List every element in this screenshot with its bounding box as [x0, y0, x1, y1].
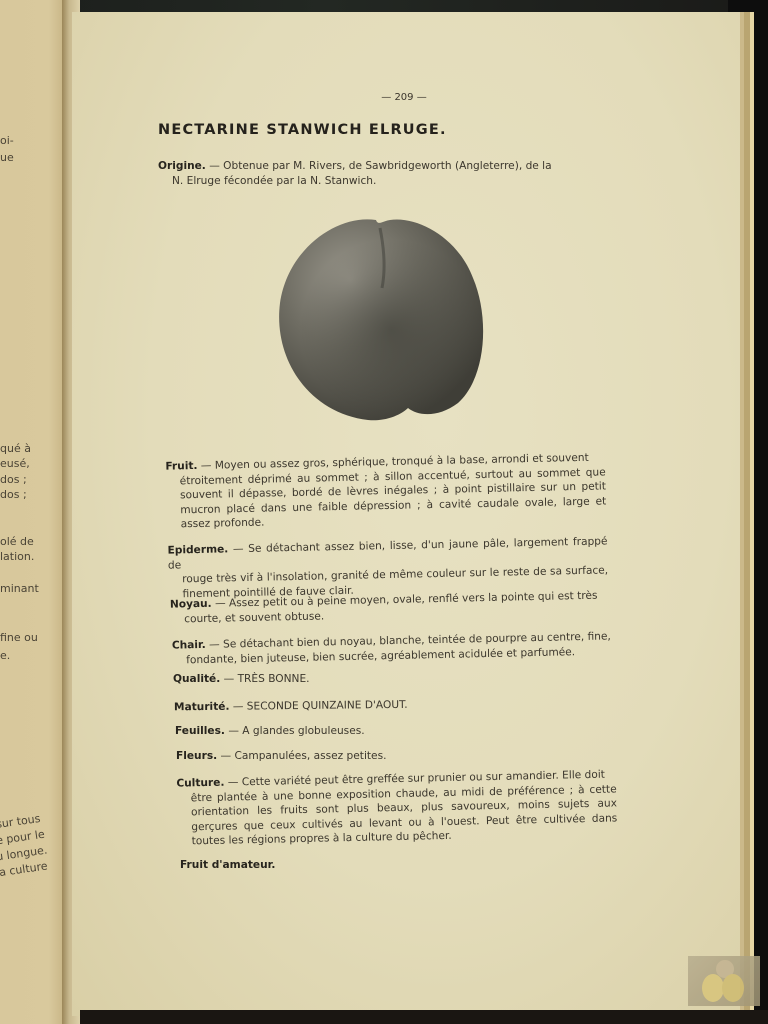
left-page-text-fragment: oi- [0, 133, 14, 148]
section-text-continued: être plantée à une bonne exposition chau… [177, 782, 618, 849]
section-text: — SECONDE QUINZAINE D'AOUT. [233, 699, 408, 713]
nectarine-photo [268, 208, 488, 426]
section-chair: Chair. — Se détachant bien du noyau, bla… [172, 629, 613, 667]
section-label: Feuilles. [175, 725, 225, 737]
section-fleurs: Fleurs. — Campanulées, assez petites. [176, 749, 616, 764]
section-label: Maturité. [174, 701, 230, 714]
thumbnail-fruit [722, 974, 744, 1002]
left-page-text-fragment: dos ; [0, 487, 27, 502]
corner-thumbnail-photo [688, 956, 760, 1006]
section-label: Qualité. [173, 673, 220, 685]
page-title: NECTARINE STANWICH ELRUGE. [158, 122, 447, 138]
section-label: Fruit. [165, 460, 197, 473]
section-label: Fleurs. [176, 750, 217, 762]
left-page-text-fragment: e. [0, 648, 10, 663]
left-page-text-fragment: ue [0, 150, 14, 165]
left-page: oi- ue qué à eusé, dos ; dos ; olé de la… [0, 0, 70, 1024]
left-page-text-fragment: minant [0, 581, 39, 596]
page-bottom-edge [80, 1010, 768, 1024]
page-number: — 209 — [364, 92, 444, 103]
section-label: Culture. [176, 777, 224, 790]
section-text-continued: étroitement déprimé au sommet ; à sillon… [166, 465, 607, 532]
left-page-text-fragment: eusé, [0, 456, 30, 471]
section-label: Origine. [158, 160, 206, 172]
section-qualite: Qualité. — TRÈS BONNE. [173, 672, 613, 687]
left-page-text-fragment: olé de [0, 534, 34, 549]
left-page-text-fragment: dos ; [0, 472, 27, 487]
section-text-continued: N. Elruge fécondée par la N. Stanwich. [158, 174, 588, 189]
section-culture: Culture. — Cette variété peut être greff… [176, 767, 617, 849]
left-page-text-fragment: fine ou [0, 630, 38, 645]
right-page: — 209 — NECTARINE STANWICH ELRUGE. Origi… [72, 12, 744, 1016]
section-label: Fruit d'amateur. [180, 859, 275, 871]
section-origine: Origine. — Obtenue par M. Rivers, de Saw… [158, 159, 588, 188]
section-feuilles: Feuilles. — A glandes globuleuses. [175, 724, 615, 739]
section-maturite: Maturité. — SECONDE QUINZAINE D'AOUT. [174, 696, 614, 715]
section-text: — Obtenue par M. Rivers, de Sawbridgewor… [209, 160, 551, 172]
section-fruit: Fruit. — Moyen ou assez gros, sphérique,… [165, 450, 606, 532]
left-page-text-fragment: lation. [0, 549, 34, 564]
section-text: — A glandes globuleuses. [228, 725, 364, 737]
thumbnail-fruit [702, 974, 724, 1002]
section-footer: Fruit d'amateur. [180, 858, 620, 873]
section-label: Noyau. [170, 598, 212, 611]
left-page-text-fragment: qué à [0, 441, 31, 456]
section-label: Epiderme. [167, 543, 228, 556]
section-text: — TRÈS BONNE. [224, 673, 310, 685]
section-label: Chair. [172, 639, 206, 652]
section-text: — Campanulées, assez petites. [221, 750, 387, 762]
